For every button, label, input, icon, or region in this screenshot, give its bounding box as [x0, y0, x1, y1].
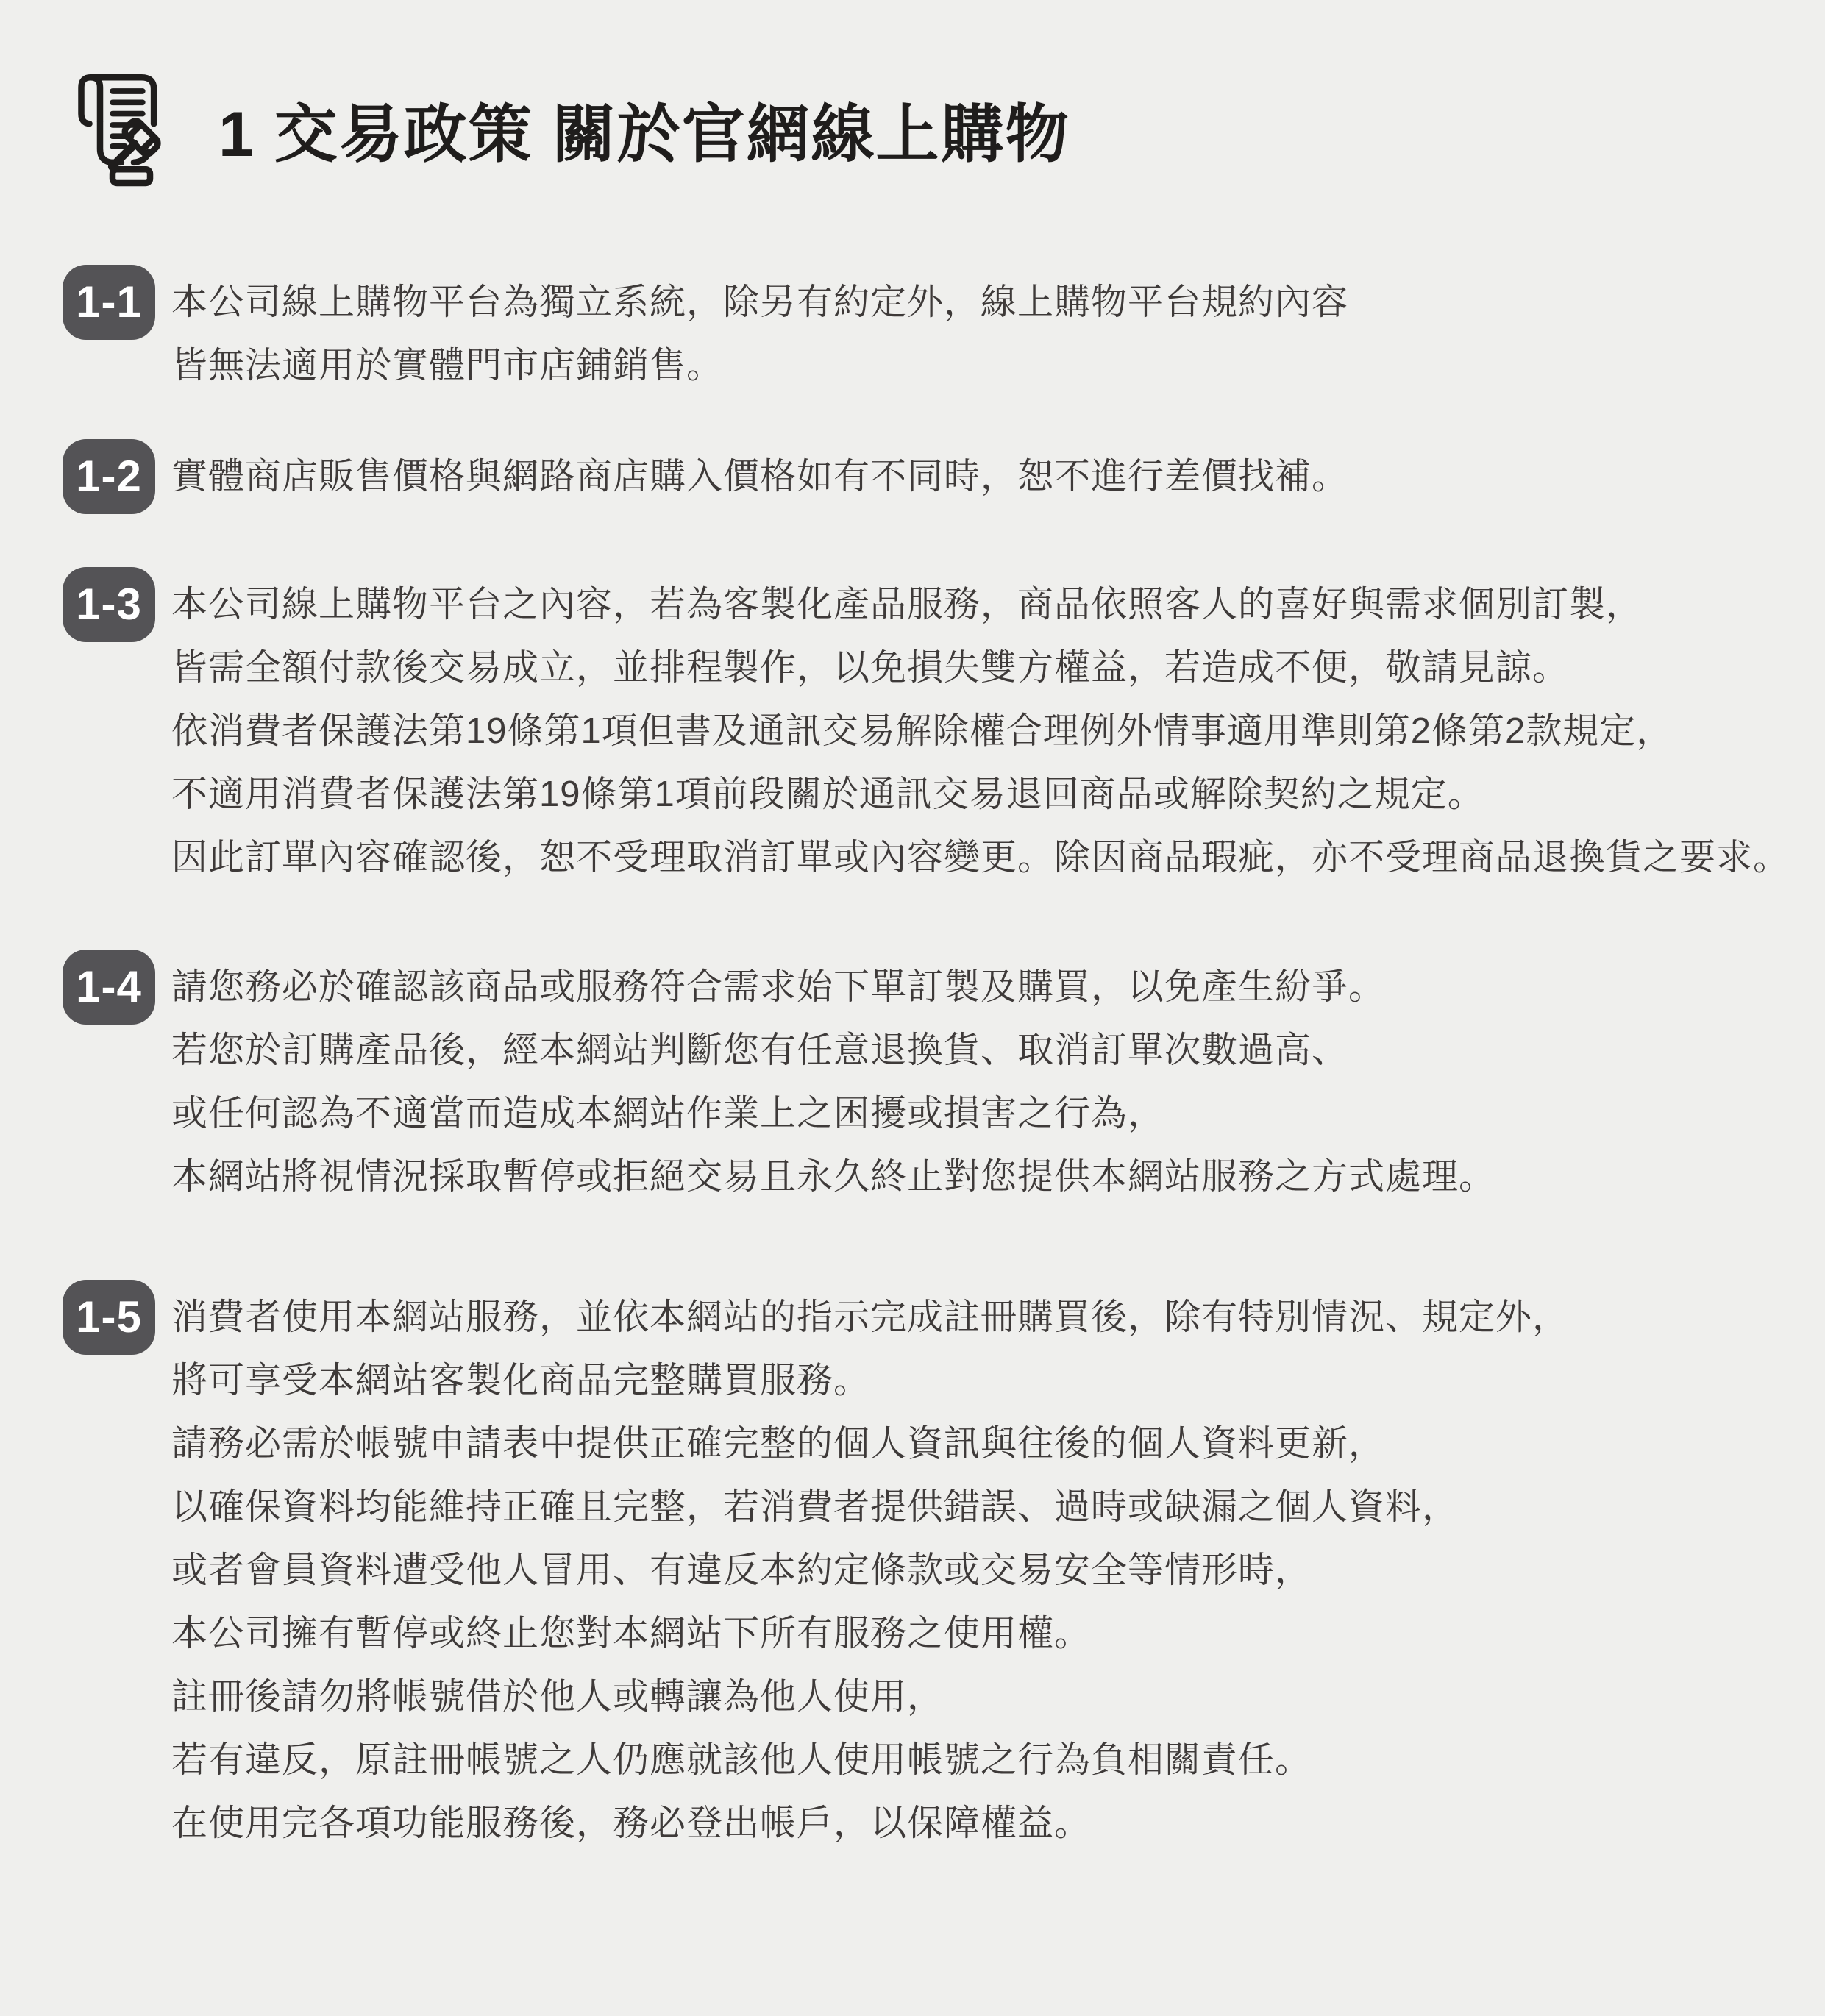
policy-section-1-4: 1-4請您務必於確認該商品或服務符合需求始下單訂製及購買，以免產生紛爭。若您於訂… [63, 955, 1796, 1208]
section-text: 本公司線上購物平台之內容，若為客製化產品服務，商品依照客人的喜好與需求個別訂製，… [171, 573, 1790, 889]
section-badge: 1-1 [63, 265, 155, 340]
policy-page: 1 交易政策 關於官網線上購物 1-1本公司線上購物平台為獨立系統，除另有約定外… [0, 0, 1825, 2016]
policy-line: 或者會員資料遭受他人冒用、有違反本約定條款或交易安全等情形時， [171, 1539, 1569, 1602]
policy-line: 因此訂單內容確認後，恕不受理取消訂單或內容變更。除因商品瑕疵，亦不受理商品退換貨… [171, 826, 1790, 889]
policy-line: 本公司線上購物平台為獨立系統，除另有約定外，線上購物平台規約內容 [171, 271, 1348, 334]
policy-document-gavel-icon [63, 66, 188, 191]
section-text: 本公司線上購物平台為獨立系統，除另有約定外，線上購物平台規約內容皆無法適用於實體… [171, 271, 1348, 397]
policy-line: 註冊後請勿將帳號借於他人或轉讓為他人使用， [171, 1665, 1569, 1728]
policy-line: 不適用消費者保護法第19條第1項前段關於通訊交易退回商品或解除契約之規定。 [171, 763, 1790, 826]
policy-line: 或任何認為不適當而造成本網站作業上之困擾或損害之行為， [171, 1082, 1495, 1145]
section-text: 消費者使用本網站服務，並依本網站的指示完成註冊購買後，除有特別情況、規定外，將可… [171, 1286, 1569, 1855]
policy-line: 若您於訂購產品後，經本網站判斷您有任意退換貨、取消訂單次數過高、 [171, 1019, 1495, 1082]
policy-line: 依消費者保護法第19條第1項但書及通訊交易解除權合理例外情事適用準則第2條第2款… [171, 699, 1790, 763]
policy-line: 以確保資料均能維持正確且完整，若消費者提供錯誤、過時或缺漏之個人資料， [171, 1475, 1569, 1539]
section-badge: 1-4 [63, 950, 155, 1025]
header: 1 交易政策 關於官網線上購物 [0, 0, 1825, 191]
page-title: 1 交易政策 關於官網線上購物 [218, 83, 1070, 174]
policy-line: 將可享受本網站客製化商品完整購買服務。 [171, 1349, 1569, 1412]
section-text: 請您務必於確認該商品或服務符合需求始下單訂製及購買，以免產生紛爭。若您於訂購產品… [171, 955, 1495, 1208]
policy-line: 本公司擁有暫停或終止您對本網站下所有服務之使用權。 [171, 1602, 1569, 1665]
policy-line: 若有違反，原註冊帳號之人仍應就該他人使用帳號之行為負相關責任。 [171, 1728, 1569, 1792]
section-badge: 1-2 [63, 439, 155, 514]
section-badge: 1-5 [63, 1280, 155, 1355]
policy-line: 皆需全額付款後交易成立，並排程製作，以免損失雙方權益，若造成不便，敬請見諒。 [171, 636, 1790, 699]
policy-line: 本公司線上購物平台之內容，若為客製化產品服務，商品依照客人的喜好與需求個別訂製， [171, 573, 1790, 636]
policy-line: 實體商店販售價格與網路商店購入價格如有不同時，恕不進行差價找補。 [171, 445, 1348, 508]
policy-section-1-3: 1-3本公司線上購物平台之內容，若為客製化產品服務，商品依照客人的喜好與需求個別… [63, 573, 1796, 889]
policy-line: 消費者使用本網站服務，並依本網站的指示完成註冊購買後，除有特別情況、規定外， [171, 1286, 1569, 1349]
policy-sections: 1-1本公司線上購物平台為獨立系統，除另有約定外，線上購物平台規約內容皆無法適用… [0, 271, 1825, 1855]
policy-section-1-2: 1-2實體商店販售價格與網路商店購入價格如有不同時，恕不進行差價找補。 [63, 445, 1796, 514]
policy-line: 皆無法適用於實體門市店鋪銷售。 [171, 334, 1348, 397]
policy-line: 本網站將視情況採取暫停或拒絕交易且永久終止對您提供本網站服務之方式處理。 [171, 1145, 1495, 1208]
section-text: 實體商店販售價格與網路商店購入價格如有不同時，恕不進行差價找補。 [171, 445, 1348, 508]
policy-line: 請您務必於確認該商品或服務符合需求始下單訂製及購買，以免產生紛爭。 [171, 955, 1495, 1019]
policy-line: 請務必需於帳號申請表中提供正確完整的個人資訊與往後的個人資料更新， [171, 1412, 1569, 1475]
policy-section-1-1: 1-1本公司線上購物平台為獨立系統，除另有約定外，線上購物平台規約內容皆無法適用… [63, 271, 1796, 397]
policy-line: 在使用完各項功能服務後，務必登出帳戶，以保障權益。 [171, 1792, 1569, 1855]
policy-section-1-5: 1-5消費者使用本網站服務，並依本網站的指示完成註冊購買後，除有特別情況、規定外… [63, 1286, 1796, 1855]
section-badge: 1-3 [63, 567, 155, 642]
